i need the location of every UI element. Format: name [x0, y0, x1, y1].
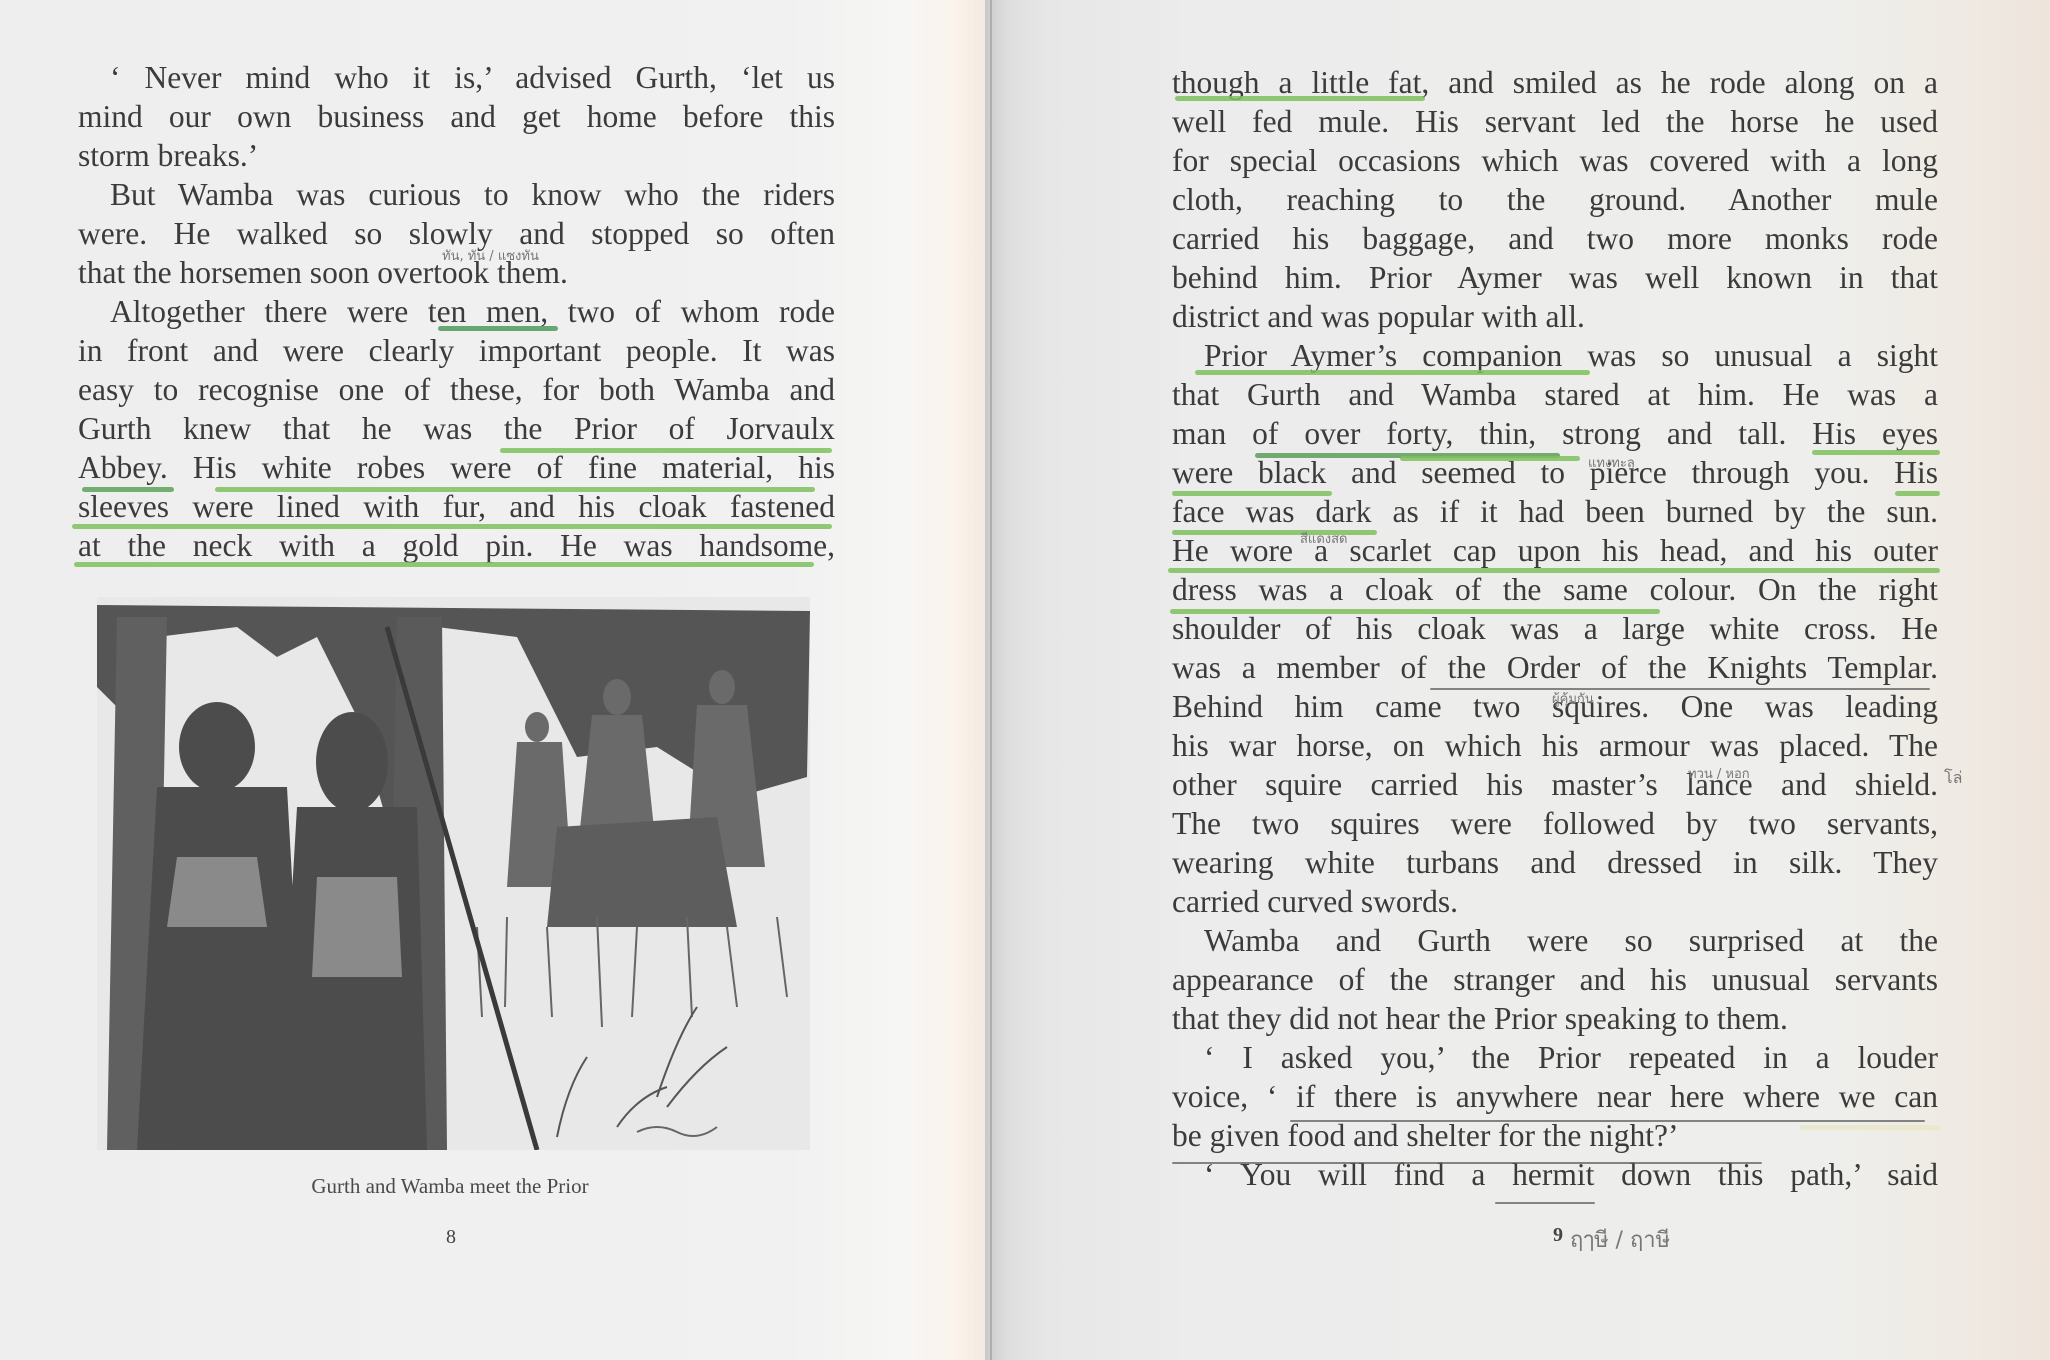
highlight-over-forty-2 [1400, 456, 1580, 461]
highlight-little-fat [1175, 96, 1425, 101]
text-line: ‘ Never mind who it is,’ advised Gurth, … [78, 58, 835, 97]
text-line: easy to recognise one of these, for both… [78, 370, 835, 409]
text-line: wearing white turbans and dressed in sil… [1172, 843, 1938, 882]
page-number-left: 8 [446, 1226, 456, 1249]
text-line: other squire carried his master’s lance … [1172, 765, 1938, 804]
page-number-right: 9 [1553, 1224, 1563, 1247]
text-line: ‘ I asked you,’ the Prior repeated in a … [1172, 1038, 1938, 1077]
thai-annotation-lance: ทวน / หอก [1688, 763, 1750, 784]
highlight-sleeves [72, 524, 832, 529]
text-line: well fed mule. His servant led the horse… [1172, 102, 1938, 141]
text-line: storm breaks.’ [78, 136, 835, 175]
text-line: carried his baggage, and two more monks … [1172, 219, 1938, 258]
text-line: But Wamba was curious to know who the ri… [78, 175, 835, 214]
book-gutter [990, 0, 992, 1360]
text-line: district and was popular with all. [1172, 297, 1938, 336]
text-line: ‘ You will find a hermit down this path,… [1172, 1155, 1938, 1194]
highlight-faint-voice [1800, 1125, 1940, 1130]
pen-underline-food-shelter [1172, 1162, 1762, 1164]
highlight-prior-aymers-companion [1195, 370, 1590, 375]
text-line: face was dark as if it had been burned b… [1172, 492, 1938, 531]
text-line: carried curved swords. [1172, 882, 1938, 921]
text-line: Wamba and Gurth were so surprised at the [1172, 921, 1938, 960]
pen-underline-anywhere [1290, 1120, 1925, 1122]
ink-drawing-icon [97, 597, 810, 1150]
highlight-his [1895, 491, 1940, 496]
text-line: shoulder of his cloak was a large white … [1172, 609, 1938, 648]
highlight-prior-of-jorvaulx [500, 448, 832, 453]
text-line: man of over forty, thin, strong and tall… [1172, 414, 1938, 453]
text-line: mind our own business and get home befor… [78, 97, 835, 136]
text-line: voice, ‘ if there is anywhere near here … [1172, 1077, 1938, 1116]
illustration-gurth-wamba-prior [97, 597, 810, 1150]
highlight-ten-men [438, 326, 558, 331]
thai-annotation-scarlet: สีแดงสด [1300, 528, 1347, 549]
text-line: that Gurth and Wamba stared at him. He w… [1172, 375, 1938, 414]
text-line: his war horse, on which his armour was p… [1172, 726, 1938, 765]
text-line: Gurth knew that he was the Prior of Jorv… [78, 409, 835, 448]
text-line: The two squires were followed by two ser… [1172, 804, 1938, 843]
highlight-were-black [1172, 491, 1332, 496]
thai-annotation-shield: โล่ [1944, 766, 1962, 791]
text-line: dress was a cloak of the same colour. On… [1172, 570, 1938, 609]
text-line: cloth, reaching to the ground. Another m… [1172, 180, 1938, 219]
highlight-abbey [82, 487, 174, 492]
text-line: He wore a scarlet cap upon his head, and… [1172, 531, 1938, 570]
thai-annotation-hermit: ฤๅษี / ฤาษี [1570, 1222, 1670, 1257]
highlight-same-colour [1170, 609, 1660, 614]
text-line: Abbey. His white robes were of fine mate… [78, 448, 835, 487]
text-line: that they did not hear the Prior speakin… [1172, 999, 1938, 1038]
text-line: behind him. Prior Aymer was well known i… [1172, 258, 1938, 297]
text-line: for special occasions which was covered … [1172, 141, 1938, 180]
text-line: appearance of the stranger and his unusu… [1172, 960, 1938, 999]
thai-annotation-squires: ผู้คุ้มกัน [1552, 688, 1594, 709]
highlight-his-eyes [1812, 450, 1940, 455]
thai-annotation-pierce: แทงทะลุ [1588, 452, 1635, 473]
highlight-white-robes [215, 487, 815, 492]
left-page-text: ‘ Never mind who it is,’ advised Gurth, … [78, 58, 835, 578]
pen-underline-hermit [1495, 1202, 1595, 1204]
highlight-scarlet-cap [1168, 568, 1940, 573]
text-line: at the neck with a gold pin. He was hand… [78, 526, 835, 565]
illustration-caption: Gurth and Wamba meet the Prior [0, 1174, 900, 1199]
text-line: was a member of the Order of the Knights… [1172, 648, 1938, 687]
pen-underline-knights-templar [1430, 688, 1930, 690]
thai-annotation-overtook: ทัน, ทัน / แซงทัน [442, 245, 539, 266]
text-line: in front and were clearly important peop… [78, 331, 835, 370]
text-line: sleeves were lined with fur, and his clo… [78, 487, 835, 526]
right-page-text: though a little fat, and smiled as he ro… [1172, 63, 1938, 1203]
highlight-gold-pin [74, 562, 814, 567]
